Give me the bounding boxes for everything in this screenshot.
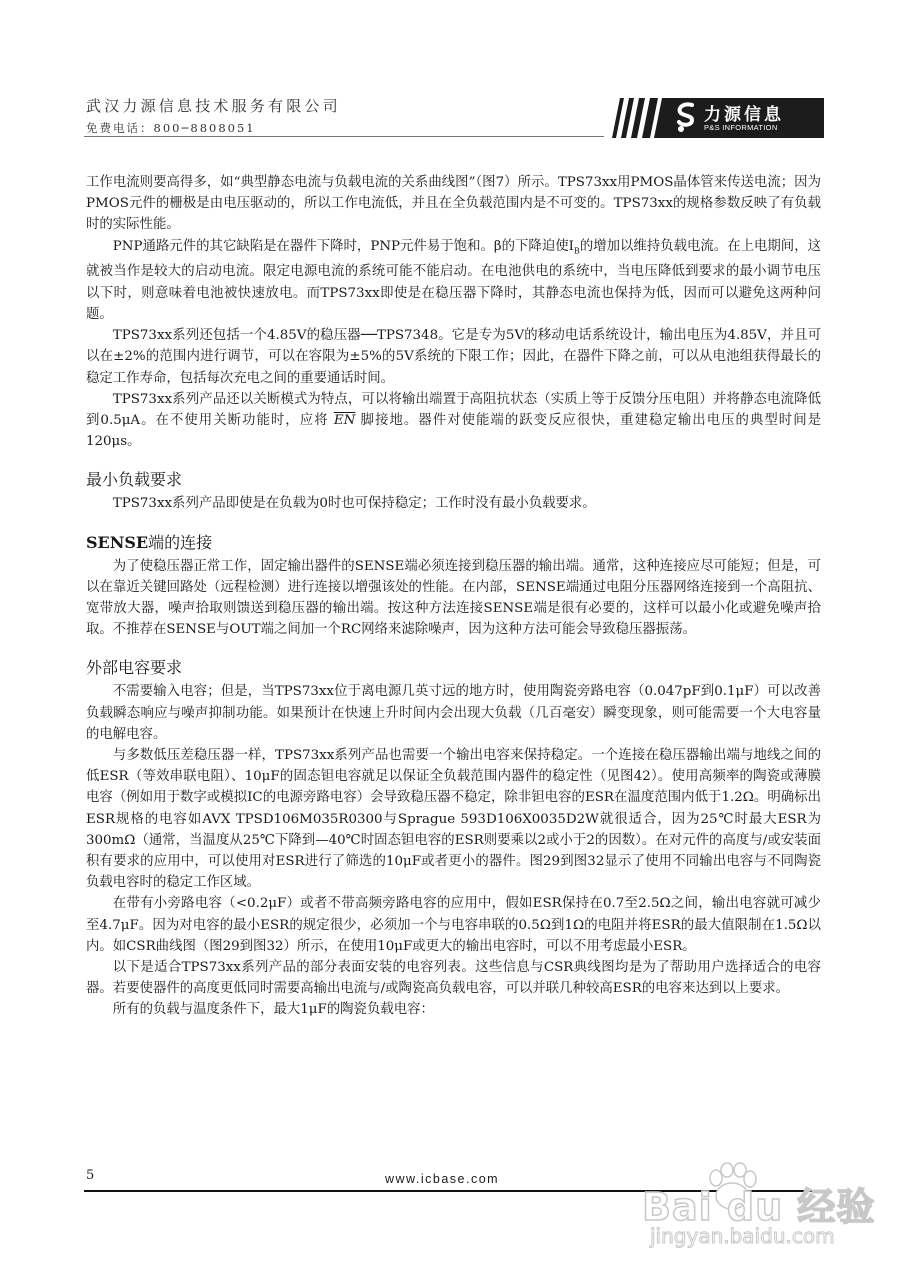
hotline: 免费电话：800─8808051 — [86, 120, 256, 136]
paragraph: 所有的负载与温度条件下，最大1μF的陶瓷负载电容： — [86, 999, 821, 1020]
watermark-brand: Bai du 经验 — [642, 1176, 875, 1231]
paragraph: TPS73xx系列还包括一个4.85V的稳压器──TPS7348。它是专为5V的… — [86, 325, 821, 389]
paragraph: 与多数低压差稳压器一样，TPS73xx系列产品也需要一个输出电容来保持稳定。一个… — [86, 745, 821, 893]
paragraph: 不需要输入电容；但是，当TPS73xx位于离电源几英寸远的地方时，使用陶瓷旁路电… — [86, 681, 821, 745]
company-logo: 力源信息 P&S INFORMATION — [602, 98, 824, 138]
baidu-watermark: Bai du 经验 jingyan.baidu.com — [642, 1162, 892, 1272]
paragraph: 为了使稳压器正常工作，固定输出器件的SENSE端必须连接到稳压器的输出端。通常，… — [86, 556, 821, 641]
ps-logo-icon — [674, 102, 700, 134]
footer-url: www.icbase.com — [385, 1172, 499, 1186]
logo-chinese-text: 力源信息 — [704, 100, 784, 125]
paragraph: 工作电流则要高得多，如“典型静态电流与负载电流的关系曲线图”（图7）所示。TPS… — [86, 172, 821, 236]
section-title-min-load: 最小负载要求 — [86, 469, 821, 491]
logo-block: 力源信息 P&S INFORMATION — [664, 98, 824, 138]
section-title-text: 端的连接 — [148, 533, 212, 552]
section-title-sense: SENSE端的连接 — [86, 532, 821, 554]
header-divider — [84, 136, 604, 137]
paragraph: 以下是适合TPS73xx系列产品的部分表面安装的电容列表。这些信息与CSR典线图… — [86, 957, 821, 999]
paw-icon — [702, 1162, 762, 1212]
watermark-url: jingyan.baidu.com — [650, 1224, 835, 1248]
document-body: 工作电流则要高得多，如“典型静态电流与负载电流的关系曲线图”（图7）所示。TPS… — [86, 172, 821, 1021]
paragraph: TPS73xx系列产品还以关断模式为特点，可以将输出端置于高阻抗状态（实质上等于… — [86, 389, 821, 453]
section-title-latin: SENSE — [86, 533, 148, 552]
paragraph-text: PNP通路元件的其它缺陷是在器件下降时，PNP元件易于饱和。β的下降迫使I — [113, 239, 574, 254]
paragraph: TPS73xx系列产品即使是在负载为0时也可保持稳定；工作时没有最小负载要求。 — [86, 493, 821, 514]
logo-stripes-icon — [602, 98, 664, 138]
page-number: 5 — [86, 1168, 94, 1183]
paragraph: PNP通路元件的其它缺陷是在器件下降时，PNP元件易于饱和。β的下降迫使IB的增… — [86, 236, 821, 325]
paragraph: 在带有小旁路电容（<0.2μF）或者不带高频旁路电容的应用中，假如ESR保持在0… — [86, 893, 821, 957]
logo-english-text: P&S INFORMATION — [704, 123, 778, 132]
company-name: 武汉力源信息技术服务有限公司 — [86, 95, 341, 116]
section-title-ext-cap: 外部电容要求 — [86, 657, 821, 679]
footer-divider — [84, 1190, 824, 1192]
en-pin-label: EN — [334, 413, 356, 428]
